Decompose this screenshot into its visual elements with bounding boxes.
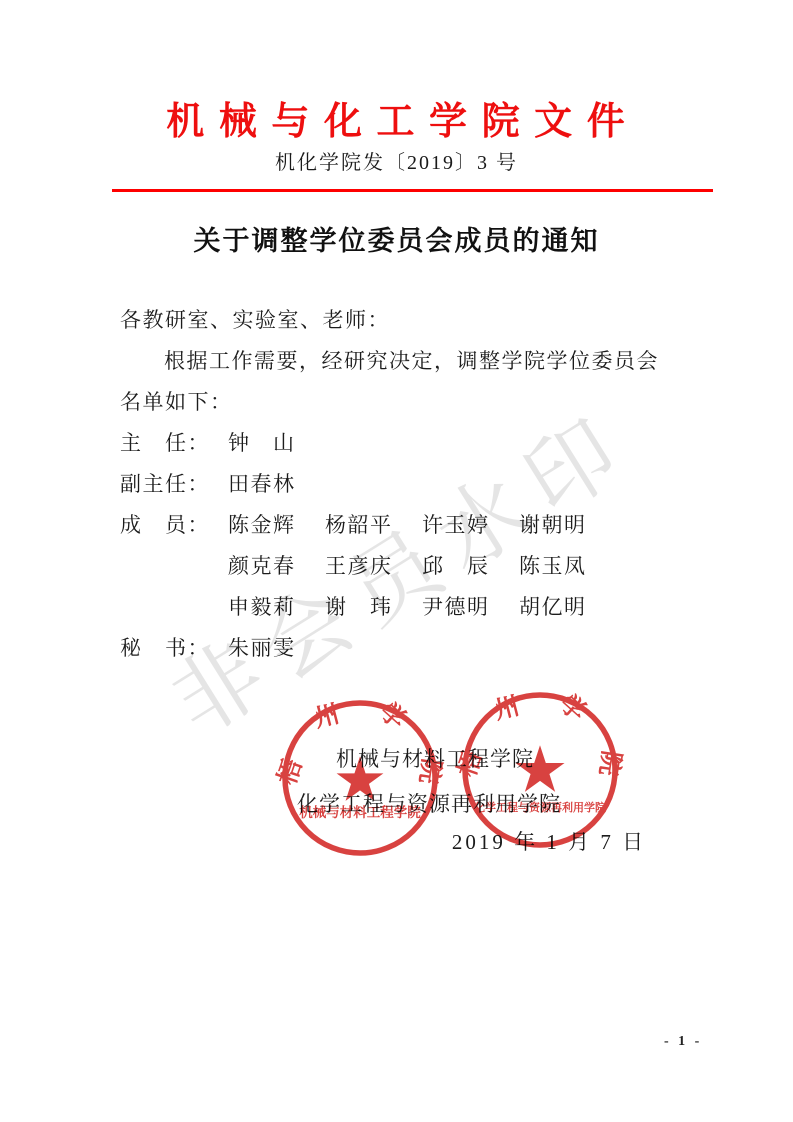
roster-name: 邱 辰 xyxy=(422,546,519,587)
seal-arc-text: 梧州学院 xyxy=(275,693,445,819)
roster-label xyxy=(120,587,228,628)
roster-name: 王彦庆 xyxy=(325,546,422,587)
roster-row-members-2: 颜克春 王彦庆 邱 辰 陈玉凤 xyxy=(120,546,695,587)
official-seal-mechanical: 梧州学院 机械与材料工程学院 xyxy=(275,693,445,863)
roster-row-vice-chairman: 副主任： 田春林 xyxy=(120,464,695,505)
salutation-line: 各教研室、实验室、老师： xyxy=(120,300,695,341)
roster-name: 钟 山 xyxy=(228,423,325,464)
document-page: 非会员水印 机 械 与 化 工 学 院 文 件 机化学院发〔2019〕3 号 关… xyxy=(0,0,793,1122)
body-text-block: 各教研室、实验室、老师： 根据工作需要，经研究决定，调整学院学位委员会 名单如下… xyxy=(120,300,695,669)
document-number: 机化学院发〔2019〕3 号 xyxy=(0,146,793,175)
star-icon xyxy=(337,756,384,801)
roster-name: 申毅莉 xyxy=(228,587,325,628)
roster-label: 成 员： xyxy=(120,505,228,546)
roster-row-secretary: 秘 书： 朱丽雯 xyxy=(120,628,695,669)
roster-name: 陈玉凤 xyxy=(519,546,616,587)
roster-label: 主 任： xyxy=(120,423,228,464)
roster-name: 田春林 xyxy=(228,464,325,505)
paragraph-line: 根据工作需要，经研究决定，调整学院学位委员会 xyxy=(120,341,695,382)
roster-label xyxy=(120,546,228,587)
roster-row-members-1: 成 员： 陈金辉 杨韶平 许玉婷 谢朝明 xyxy=(120,505,695,546)
roster-name: 朱丽雯 xyxy=(228,628,325,669)
notice-title: 关于调整学位委员会成员的通知 xyxy=(0,219,793,258)
roster-name: 尹德明 xyxy=(422,587,519,628)
roster-name: 杨韶平 xyxy=(325,505,422,546)
star-icon xyxy=(515,745,564,792)
roster-name: 谢朝明 xyxy=(519,505,616,546)
svg-text:梧州学院: 梧州学院 xyxy=(275,693,445,819)
roster-label: 秘 书： xyxy=(120,628,228,669)
page-number: - 1 - xyxy=(664,1034,702,1050)
roster-name: 陈金辉 xyxy=(228,505,325,546)
red-divider-line xyxy=(112,189,713,192)
roster-name: 胡亿明 xyxy=(519,587,616,628)
roster-name: 谢 玮 xyxy=(325,587,422,628)
official-seal-chemical: 梧州学院 化学工程与资源再利用学院 xyxy=(455,685,625,855)
seal-bottom-text: 机械与材料工程学院 xyxy=(299,804,421,820)
roster-name: 许玉婷 xyxy=(422,505,519,546)
paragraph-line: 名单如下： xyxy=(120,382,695,423)
roster-row-members-3: 申毅莉 谢 玮 尹德明 胡亿明 xyxy=(120,587,695,628)
seal-bottom-text: 化学工程与资源再利用学院 xyxy=(473,800,606,814)
roster-label: 副主任： xyxy=(120,464,228,505)
document-header-title: 机 械 与 化 工 学 院 文 件 xyxy=(0,90,793,145)
roster-name: 颜克春 xyxy=(228,546,325,587)
roster-row-chairman: 主 任： 钟 山 xyxy=(120,423,695,464)
